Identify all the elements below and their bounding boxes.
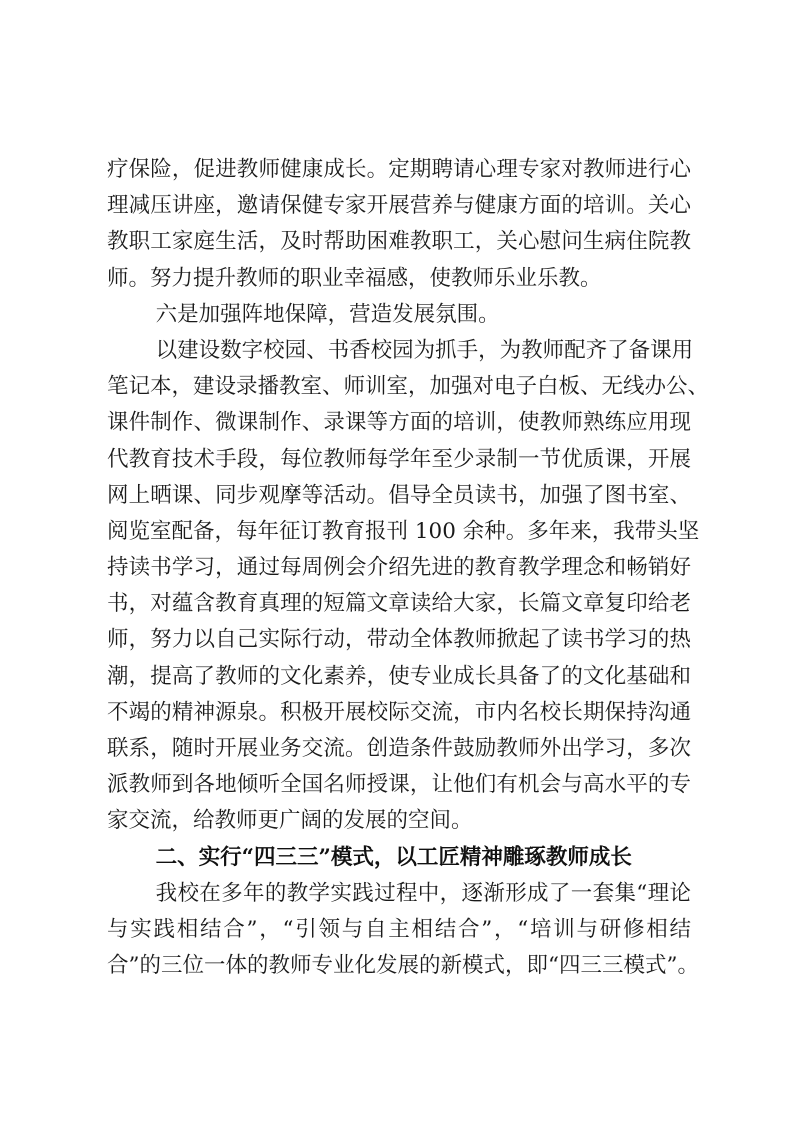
paragraph-line: 书，对蕴含教育真理的短篇文章读给大家，长篇文章复印给老: [107, 586, 691, 622]
paragraph-line: 教职工家庭生活，及时帮助困难教职工，关心慰问生病住院教: [107, 224, 691, 260]
document-page: 疗保险，促进教师健康成长。定期聘请心理专家对教师进行心 理减压讲座，邀请保健专家…: [107, 152, 691, 984]
paragraph-line: 代教育技术手段，每位教师每学年至少录制一节优质课，开展: [107, 442, 691, 478]
paragraph-line: 阅览室配备，每年征订教育报刊 100 余种。多年来，我带头坚: [107, 514, 691, 550]
paragraph-line: 持读书学习，通过每周例会介绍先进的教育教学理念和畅销好: [107, 550, 691, 586]
paragraph-line: 联系，随时开展业务交流。创造条件鼓励教师外出学习，多次: [107, 731, 691, 767]
paragraph-line: 疗保险，促进教师健康成长。定期聘请心理专家对教师进行心: [107, 152, 691, 188]
paragraph-line: 与实践相结合”，“引领与自主相结合”，“培训与研修相结: [107, 912, 691, 948]
paragraph-line: 课件制作、微课制作、录课等方面的培训，使教师熟练应用现: [107, 405, 691, 441]
paragraph-line: 潮，提高了教师的文化素养，使专业成长具备了的文化基础和: [107, 659, 691, 695]
paragraph-line: 师。努力提升教师的职业幸福感，使教师乐业乐教。: [107, 261, 691, 297]
section-subheading: 六是加强阵地保障，营造发展氛围。: [107, 297, 691, 333]
paragraph-line: 不竭的精神源泉。积极开展校际交流，市内名校长期保持沟通: [107, 695, 691, 731]
paragraph-line: 笔记本，建设录播教室、师训室，加强对电子白板、无线办公、: [107, 369, 691, 405]
paragraph-line: 派教师到各地倾听全国名师授课，让他们有机会与高水平的专: [107, 767, 691, 803]
paragraph-line: 家交流，给教师更广阔的发展的空间。: [107, 803, 691, 839]
paragraph-line: 理减压讲座，邀请保健专家开展营养与健康方面的培训。关心: [107, 188, 691, 224]
paragraph-line: 以建设数字校园、书香校园为抓手，为教师配齐了备课用: [107, 333, 691, 369]
paragraph-line: 合”的三位一体的教师专业化发展的新模式，即“四三三模式”。: [107, 948, 691, 984]
paragraph-line: 师，努力以自己实际行动，带动全体教师掀起了读书学习的热: [107, 622, 691, 658]
section-heading: 二、实行“四三三”模式，以工匠精神雕琢教师成长: [107, 840, 691, 876]
paragraph-line: 网上晒课、同步观摩等活动。倡导全员读书，加强了图书室、: [107, 478, 691, 514]
paragraph-line: 我校在多年的教学实践过程中，逐渐形成了一套集“理论: [107, 876, 691, 912]
